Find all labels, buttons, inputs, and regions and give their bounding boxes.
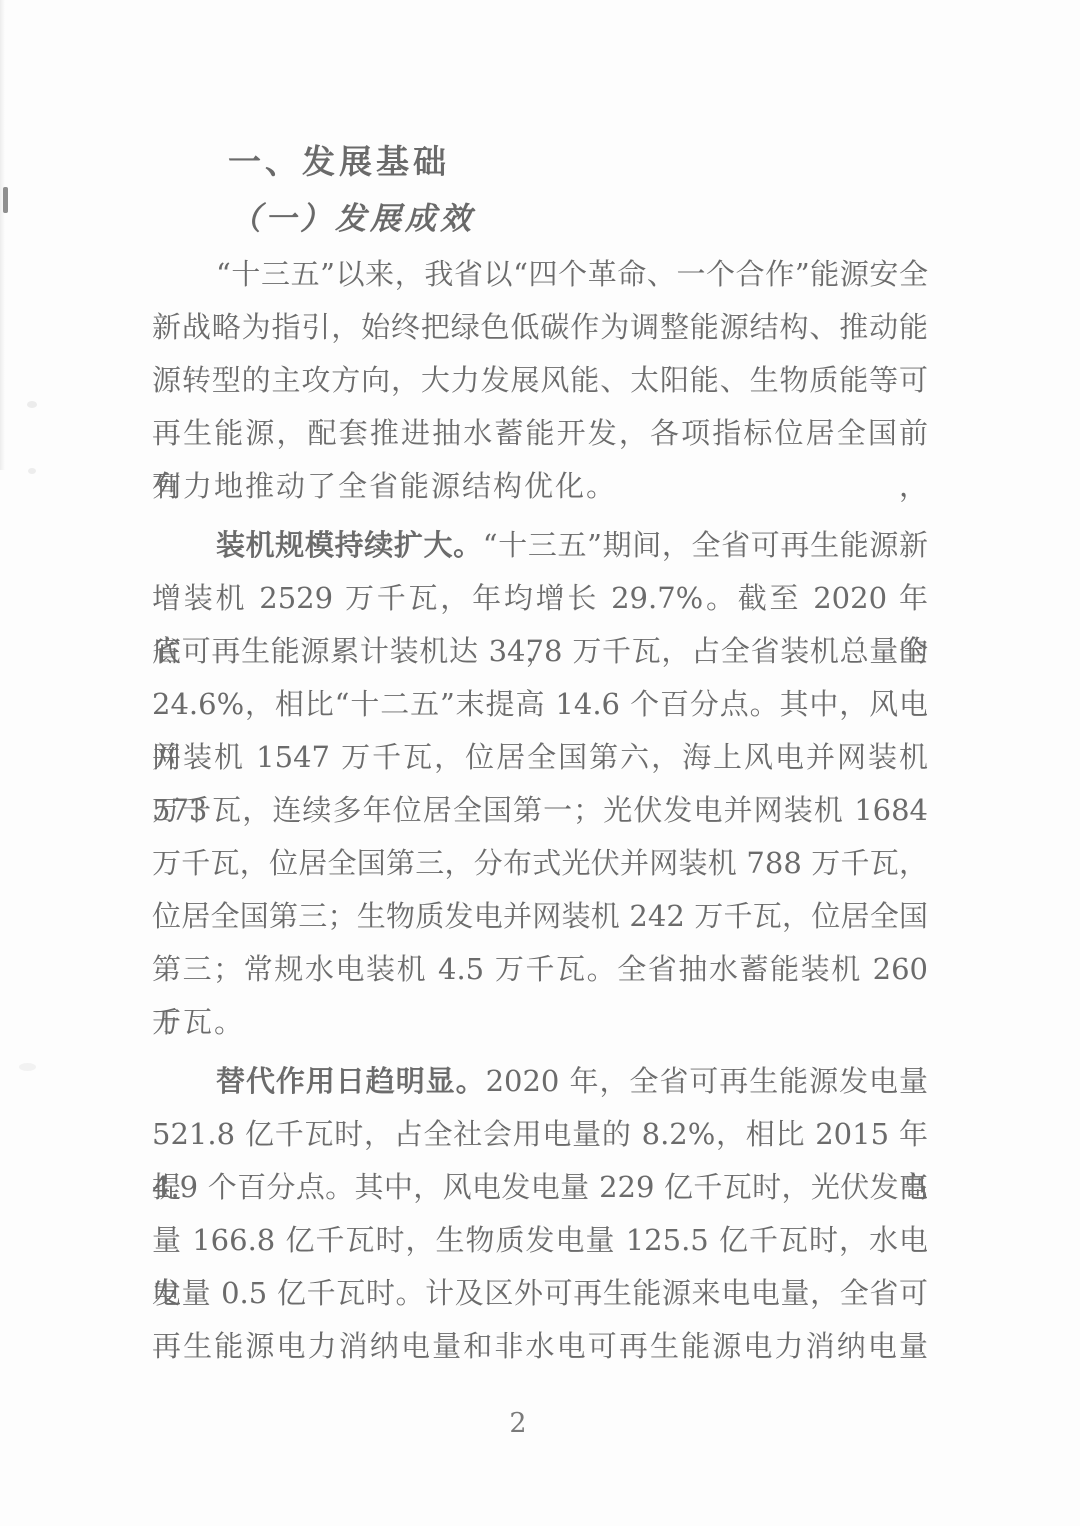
paragraph: 装机规模持续扩大。“十三五”期间，全省可再生能源新增装机 2529 万千瓦，年均… xyxy=(152,519,928,1049)
text-line: 24.6%，相比“十二五”末提高 14.6 个百分点。其中，风电并 xyxy=(152,678,928,731)
text-line: 源转型的主攻方向，大力发展风能、太阳能、生物质能等可 xyxy=(152,354,928,407)
text-line: 再生能源电力消纳电量和非水电可再生能源电力消纳电量 xyxy=(152,1320,928,1373)
text-line: 第三；常规水电装机 4.5 万千瓦。全省抽水蓄能装机 260 万 xyxy=(152,943,928,996)
scan-spot-artifact xyxy=(28,468,36,474)
text-line: 万千瓦，连续多年位居全国第一；光伏发电并网装机 1684 xyxy=(152,784,928,837)
text-line: 网装机 1547 万千瓦，位居全国第六，海上风电并网装机 573 xyxy=(152,731,928,784)
section-heading: 一、发展基础 xyxy=(152,134,928,190)
text-line: 量 166.8 亿千瓦时，生物质发电量 125.5 亿千瓦时，水电发 xyxy=(152,1214,928,1267)
text-line: 千瓦。 xyxy=(152,996,928,1049)
text-line: 省可再生能源累计装机达 3478 万千瓦，占全省装机总量的 xyxy=(152,625,928,678)
text-line: 装机规模持续扩大。“十三五”期间，全省可再生能源新 xyxy=(152,519,928,572)
text-line: 增装机 2529 万千瓦，年均增长 29.7%。截至 2020 年底，全 xyxy=(152,572,928,625)
scan-edge-artifact xyxy=(0,0,5,470)
text-line: 521.8 亿千瓦时，占全社会用电量的 8.2%，相比 2015 年提高 xyxy=(152,1108,928,1161)
scan-tick-artifact xyxy=(3,187,8,213)
document-content: 一、发展基础 （一）发展成效 “十三五”以来，我省以“四个革命、一个合作”能源安… xyxy=(152,134,928,1373)
paragraph: “十三五”以来，我省以“四个革命、一个合作”能源安全新战略为指引，始终把绿色低碳… xyxy=(152,248,928,513)
text-line: 新战略为指引，始终把绿色低碳作为调整能源结构、推动能 xyxy=(152,301,928,354)
text-line: 万千瓦，位居全国第三，分布式光伏并网装机 788 万千瓦， xyxy=(152,837,928,890)
document-page: 一、发展基础 （一）发展成效 “十三五”以来，我省以“四个革命、一个合作”能源安… xyxy=(0,0,1080,1526)
text-line: “十三五”以来，我省以“四个革命、一个合作”能源安全 xyxy=(152,248,928,301)
text-line: 替代作用日趋明显。2020 年，全省可再生能源发电量 xyxy=(152,1055,928,1108)
text-line: 位居全国第三；生物质发电并网装机 242 万千瓦，位居全国 xyxy=(152,890,928,943)
scan-spot-artifact xyxy=(19,1063,36,1071)
paragraph-lead: 替代作用日趋明显。 xyxy=(216,1064,486,1098)
scan-spot-artifact xyxy=(27,401,37,408)
page-number: 2 xyxy=(0,1408,1036,1439)
paragraphs-container: “十三五”以来，我省以“四个革命、一个合作”能源安全新战略为指引，始终把绿色低碳… xyxy=(152,248,928,1373)
text-line: 4.9 个百分点。其中，风电发电量 229 亿千瓦时，光伏发电 xyxy=(152,1161,928,1214)
paragraph-lead: 装机规模持续扩大。 xyxy=(216,528,483,562)
subsection-heading: （一）发展成效 xyxy=(152,190,928,248)
text-line: 电量 0.5 亿千瓦时。计及区外可再生能源来电电量，全省可 xyxy=(152,1267,928,1320)
text-line: 再生能源，配套推进抽水蓄能开发，各项指标位居全国前列， xyxy=(152,407,928,460)
paragraph: 替代作用日趋明显。2020 年，全省可再生能源发电量521.8 亿千瓦时，占全社… xyxy=(152,1055,928,1373)
